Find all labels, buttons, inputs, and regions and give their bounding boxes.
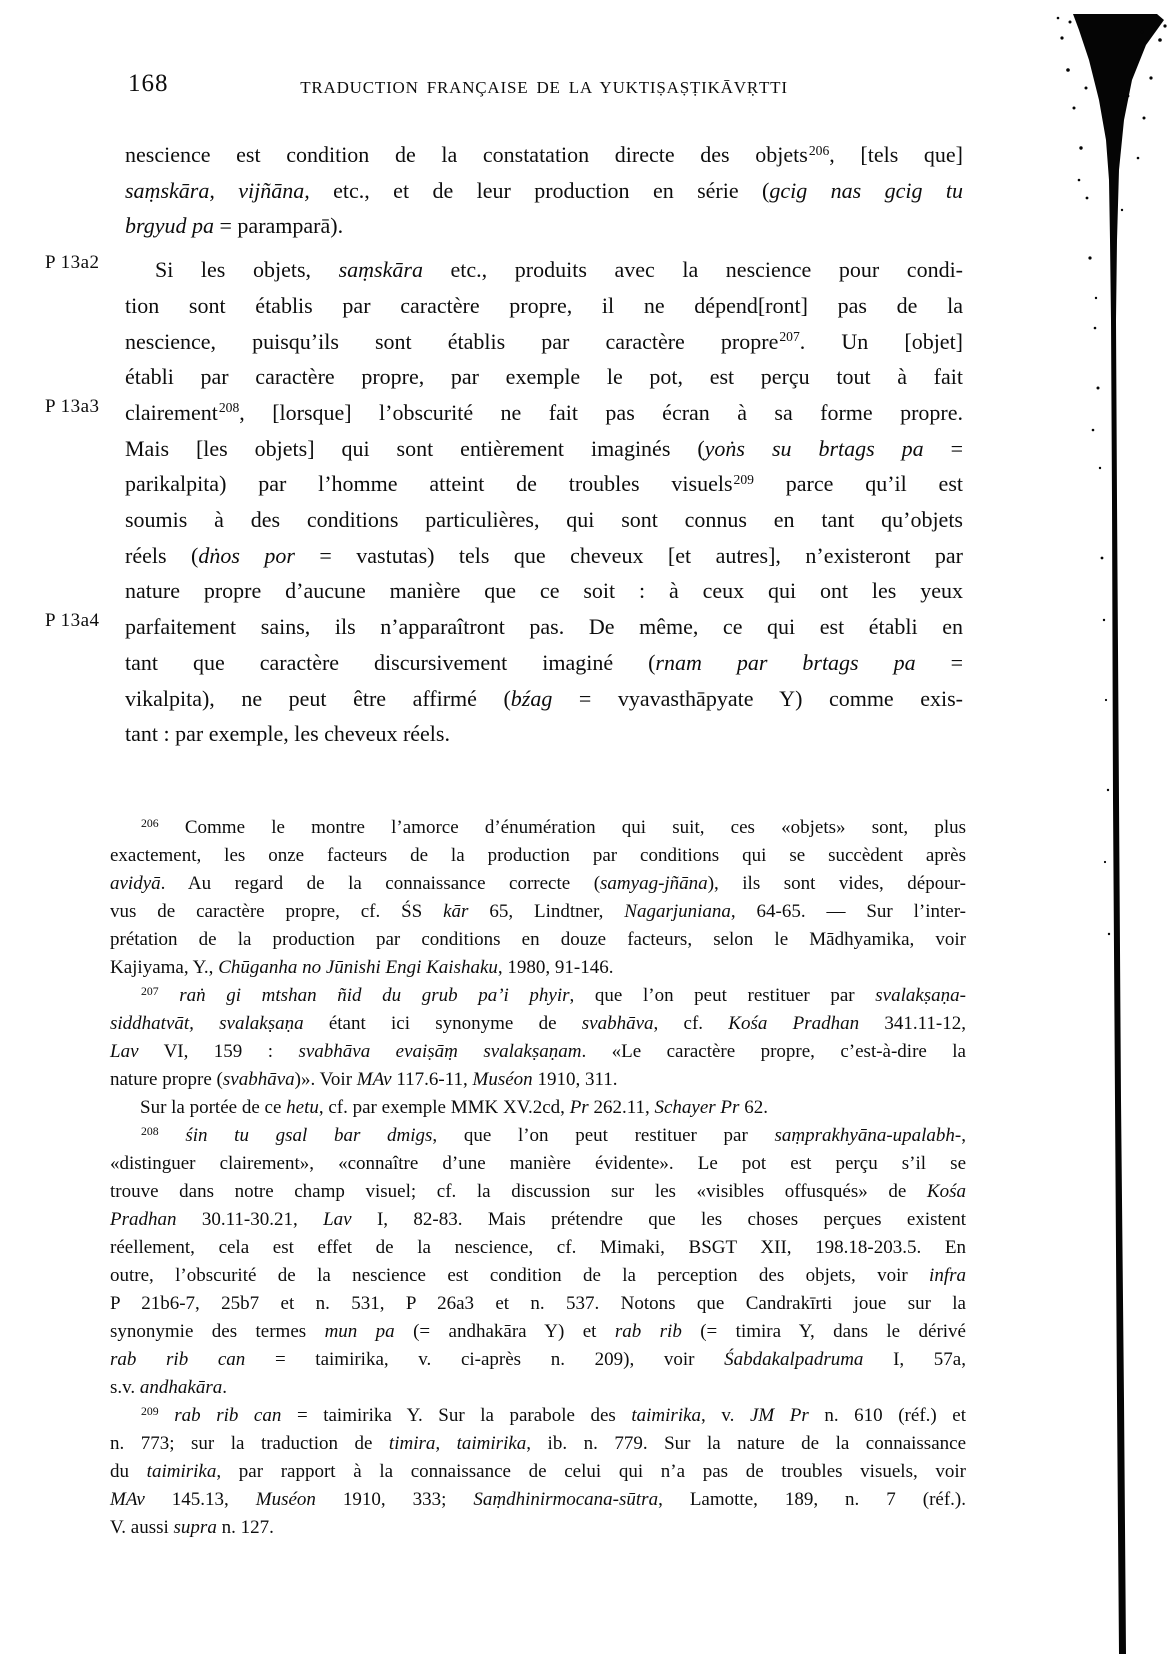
text-line: Si les objets, saṃskāra etc., produits a…	[125, 252, 963, 288]
text-segment: saṃskāra, vijñāna,	[125, 178, 310, 203]
text-segment: réels (	[125, 543, 198, 568]
text-segment: Sur la portée de ce	[140, 1097, 286, 1118]
scanned-page: 168 TRADUCTION FRANÇAISE DE LA YUKTIṢAṢṬ…	[0, 0, 1170, 1654]
footnote-ref: 206	[809, 143, 829, 158]
text-segment: rab rib can	[110, 1349, 245, 1370]
text-segment: Chūganha no Jūnishi Engi Kaishaku	[218, 957, 498, 978]
text-segment: )». Voir	[295, 1069, 357, 1090]
margin-folio-note: P 13a4	[45, 610, 100, 632]
text-line: P 21b6-7, 25b7 et n. 531, P 26a3 et n. 5…	[110, 1290, 966, 1318]
text-segment: établi par caractère propre, par exemple…	[125, 364, 963, 389]
text-segment: Lav	[323, 1209, 352, 1230]
text-segment: n. 773; sur la traduction de	[110, 1433, 389, 1454]
footnote-ref: 207	[779, 329, 799, 344]
text-segment	[159, 985, 180, 1006]
text-segment: nescience, puisqu’ils sont établis par c…	[125, 329, 778, 354]
text-segment: étant ici synonyme de	[304, 1013, 582, 1034]
text-segment: saṃprakhyāna-upalabh-	[774, 1125, 961, 1146]
text-segment: = vyavasthāpyate Y) comme exis-	[552, 686, 963, 711]
text-segment: , 64-65. — Sur l’inter-	[731, 901, 966, 922]
scan-artifact-right-edge	[1030, 0, 1170, 1654]
margin-folio-note: P 13a2	[45, 252, 100, 274]
text-line: tion sont établis par caractère propre, …	[125, 288, 963, 324]
text-segment: , par rapport à la connaissance de celui…	[216, 1461, 966, 1482]
text-segment: ), ils sont vides, dépour-	[708, 873, 966, 894]
text-segment: hetu	[286, 1097, 319, 1118]
text-segment: I, 82-83. Mais prétendre que les choses …	[352, 1209, 966, 1230]
text-segment: V. aussi	[110, 1517, 174, 1538]
text-line: exactement, les onze facteurs de la prod…	[110, 842, 966, 870]
text-segment: = taimirika Y. Sur la parabole des	[281, 1405, 631, 1426]
text-segment: , [lorsque] l’obscurité ne fait pas écra…	[239, 400, 963, 425]
text-segment: rnam par brtags pa	[655, 650, 915, 675]
text-line: Pradhan 30.11-30.21, Lav I, 82-83. Mais …	[110, 1206, 966, 1234]
text-segment: Kajiyama, Y.,	[110, 957, 218, 978]
text-segment: vikalpita), ne peut être affirmé (	[125, 686, 511, 711]
text-segment: Kośa Pradhan	[728, 1013, 859, 1034]
text-segment	[159, 1405, 175, 1426]
text-line: du taimirika, par rapport à la connaissa…	[110, 1458, 966, 1486]
text-segment: Si les objets,	[155, 257, 339, 282]
text-segment: etc., produits avec la nescience pour co…	[423, 257, 963, 282]
text-segment: , cf.	[654, 1013, 729, 1034]
text-segment: 1910, 333;	[316, 1489, 473, 1510]
text-segment: = paramparā).	[214, 213, 343, 238]
text-segment: tant : par exemple, les cheveux réels.	[125, 721, 450, 746]
text-segment: =	[924, 436, 963, 461]
text-segment: . Au regard de la connaissance correcte …	[161, 873, 600, 894]
text-line: siddhatvāt, svalakṣaṇa étant ici synonym…	[110, 1010, 966, 1038]
text-segment: rab rib	[615, 1321, 682, 1342]
text-segment: etc., et de leur production en série (	[310, 178, 770, 203]
text-segment: Pradhan	[110, 1209, 177, 1230]
text-segment: , v.	[701, 1405, 750, 1426]
text-segment: 145.13,	[145, 1489, 256, 1510]
text-segment: =	[916, 650, 963, 675]
text-line: Sur la portée de ce hetu, cf. par exempl…	[110, 1094, 966, 1122]
text-line: rab rib can = taimirika, v. ci-après n. …	[110, 1346, 966, 1374]
text-line: 206 Comme le montre l’amorce d’énumérati…	[110, 814, 966, 842]
text-segment: Śabdakalpadruma	[724, 1349, 863, 1370]
text-segment: JM Pr	[750, 1405, 809, 1426]
text-line: synonymie des termes mun pa (= andhakāra…	[110, 1318, 966, 1346]
text-segment: n. 610 (réf.) et	[809, 1405, 966, 1426]
text-segment: Schayer Pr	[654, 1097, 739, 1118]
text-segment: taimirika	[147, 1461, 217, 1482]
text-segment: 30.11-30.21,	[177, 1209, 324, 1230]
text-segment	[159, 1125, 186, 1146]
text-line: 207 raṅ gi mtshan ñid du grub pa’i phyir…	[110, 982, 966, 1010]
text-segment: Kośa	[927, 1181, 966, 1202]
text-segment: 1910, 311.	[533, 1069, 618, 1090]
text-line: soumis à des conditions particulières, q…	[125, 502, 963, 538]
text-segment: s.v.	[110, 1377, 140, 1398]
text-segment: prétation de la production par condition…	[110, 929, 966, 950]
text-segment: parfaitement sains, ils n’apparaîtront p…	[125, 614, 963, 639]
footnote-ref: 206	[141, 817, 159, 830]
text-segment: 62.	[739, 1097, 768, 1118]
text-segment: svabhāva	[582, 1013, 654, 1034]
text-segment: (= timira Y, dans le dérivé	[682, 1321, 966, 1342]
text-segment: rab rib can	[174, 1405, 281, 1426]
text-segment: clairement	[125, 400, 218, 425]
text-line: V. aussi supra n. 127.	[110, 1514, 966, 1542]
text-line: Kajiyama, Y., Chūganha no Jūnishi Engi K…	[110, 954, 966, 982]
text-segment: parikalpita) par l’homme atteint de trou…	[125, 471, 733, 496]
text-line: nature propre d’aucune manière que ce so…	[125, 573, 963, 609]
text-segment: svalakṣaṇa-	[875, 985, 966, 1006]
text-line: n. 773; sur la traduction de timira, tai…	[110, 1430, 966, 1458]
text-segment: samyag-jñāna	[600, 873, 708, 894]
margin-folio-note: P 13a3	[45, 396, 100, 418]
text-segment: mun pa	[325, 1321, 395, 1342]
text-segment: réellement, cela est effet de la nescien…	[110, 1237, 966, 1258]
text-line: tant que caractère discursivement imagin…	[125, 645, 963, 681]
text-segment: du	[110, 1461, 147, 1482]
text-segment: 341.11-12,	[859, 1013, 966, 1034]
text-line: «distinguer clairement», «connaître d’un…	[110, 1150, 966, 1178]
text-line: nescience, puisqu’ils sont établis par c…	[125, 324, 963, 360]
text-segment: 117.6-11,	[392, 1069, 473, 1090]
text-line: Mais [les objets] qui sont entièrement i…	[125, 431, 963, 467]
text-segment: supra	[174, 1517, 217, 1538]
text-line: vus de caractère propre, cf. ŚS kār 65, …	[110, 898, 966, 926]
text-line: établi par caractère propre, par exemple…	[125, 359, 963, 395]
text-segment: .	[222, 1377, 227, 1398]
footnotes-block: 206 Comme le montre l’amorce d’énumérati…	[110, 814, 966, 1542]
running-title: TRADUCTION FRANÇAISE DE LA YUKTIṢAṢṬIKĀV…	[125, 78, 963, 98]
text-line: brgyud pa = paramparā).	[125, 208, 963, 244]
text-segment: nescience est condition de la constatati…	[125, 142, 808, 167]
text-segment: Muséon	[473, 1069, 533, 1090]
text-segment: 65, Lindtner,	[468, 901, 624, 922]
text-line: tant : par exemple, les cheveux réels.	[125, 716, 963, 752]
text-segment: śin tu gsal bar dmigs	[185, 1125, 432, 1146]
text-segment: svabhāva	[223, 1069, 295, 1090]
text-line: avidyā. Au regard de la connaissance cor…	[110, 870, 966, 898]
text-segment: soumis à des conditions particulières, q…	[125, 507, 963, 532]
text-segment: nature propre d’aucune manière que ce so…	[125, 578, 963, 603]
text-segment: 262.11,	[589, 1097, 655, 1118]
text-segment: «distinguer clairement», «connaître d’un…	[110, 1153, 966, 1174]
text-segment: Lav	[110, 1041, 139, 1062]
text-segment: Comme le montre l’amorce d’énumération q…	[159, 817, 966, 838]
text-line: clairement208, [lorsque] l’obscurité ne …	[125, 395, 963, 431]
text-segment: I, 57a,	[863, 1349, 966, 1370]
text-line: réels (dṅos por = vastutas) tels que che…	[125, 538, 963, 574]
text-segment: , Lamotte, 189, n. 7 (réf.).	[658, 1489, 966, 1510]
text-line: réellement, cela est effet de la nescien…	[110, 1234, 966, 1262]
text-segment: timira, taimirika	[389, 1433, 526, 1454]
text-segment: trouve dans notre champ visuel; cf. la d…	[110, 1181, 927, 1202]
text-line: outre, l’obscurité de la nescience est c…	[110, 1262, 966, 1290]
footnote-ref: 209	[141, 1405, 159, 1418]
text-line: MAv 145.13, Muséon 1910, 333; Saṃdhinirm…	[110, 1486, 966, 1514]
footnote-ref: 209	[734, 472, 754, 487]
text-segment: Pr	[570, 1097, 589, 1118]
footnote-ref: 207	[141, 985, 159, 998]
text-segment: siddhatvāt, svalakṣaṇa	[110, 1013, 304, 1034]
text-segment: . Un [objet]	[800, 329, 963, 354]
text-segment: . «Le caractère propre, c’est-à-dire la	[581, 1041, 966, 1062]
text-segment: dṅos por	[198, 543, 295, 568]
text-segment: raṅ gi mtshan ñid du grub pa’i phyir	[179, 985, 569, 1006]
text-segment: bźag	[511, 686, 553, 711]
text-segment: vus de caractère propre, cf. ŚS	[110, 901, 443, 922]
text-segment: Mais [les objets] qui sont entièrement i…	[125, 436, 705, 461]
text-segment: , que l’on peut restituer par	[570, 985, 876, 1006]
text-segment: VI, 159 :	[139, 1041, 299, 1062]
text-segment: kār	[443, 901, 468, 922]
text-line: 208 śin tu gsal bar dmigs, que l’on peut…	[110, 1122, 966, 1150]
text-line: nature propre (svabhāva)». Voir MAv 117.…	[110, 1066, 966, 1094]
text-line: prétation de la production par condition…	[110, 926, 966, 954]
text-segment: exactement, les onze facteurs de la prod…	[110, 845, 966, 866]
text-line: parikalpita) par l’homme atteint de trou…	[125, 466, 963, 502]
main-text-block: nescience est condition de la constatati…	[125, 137, 963, 752]
text-segment: , [tels que]	[829, 142, 963, 167]
text-segment: Muséon	[256, 1489, 316, 1510]
text-segment: andhakāra	[140, 1377, 222, 1398]
text-segment: P 21b6-7, 25b7 et n. 531, P 26a3 et n. 5…	[110, 1293, 966, 1314]
text-segment: tion sont établis par caractère propre, …	[125, 293, 963, 318]
text-segment: parce qu’il est	[754, 471, 963, 496]
text-line: nescience est condition de la constatati…	[125, 137, 963, 173]
text-segment: synonymie des termes	[110, 1321, 325, 1342]
text-line: parfaitement sains, ils n’apparaîtront p…	[125, 609, 963, 645]
text-segment: MAv	[110, 1489, 145, 1510]
text-segment: saṃskāra	[339, 257, 423, 282]
text-segment: = vastutas) tels que cheveux [et autres]…	[295, 543, 963, 568]
text-segment: Nagarjuniana	[624, 901, 731, 922]
footnote-ref: 208	[141, 1125, 159, 1138]
text-segment: infra	[929, 1265, 966, 1286]
text-segment: avidyā	[110, 873, 161, 894]
text-segment: brgyud pa	[125, 213, 214, 238]
text-segment: taimirika	[631, 1405, 701, 1426]
text-segment: (= andhakāra Y) et	[395, 1321, 615, 1342]
text-line: trouve dans notre champ visuel; cf. la d…	[110, 1178, 966, 1206]
text-segment: Saṃdhinirmocana-sūtra	[473, 1489, 658, 1510]
text-segment: MAv	[357, 1069, 392, 1090]
text-segment: n. 127.	[217, 1517, 274, 1538]
text-segment: , ib. n. 779. Sur la nature de la connai…	[526, 1433, 966, 1454]
text-line: s.v. andhakāra.	[110, 1374, 966, 1402]
text-segment: = taimirika, v. ci-après n. 209), voir	[245, 1349, 724, 1370]
text-segment: nature propre (	[110, 1069, 223, 1090]
text-segment: ,	[961, 1125, 966, 1146]
text-segment: yoṅs su brtags pa	[705, 436, 924, 461]
text-segment: , que l’on peut restituer par	[432, 1125, 774, 1146]
text-segment: gcig nas gcig tu	[769, 178, 963, 203]
text-segment: svabhāva evaiṣāṃ svalakṣaṇam	[298, 1041, 581, 1062]
footnote-ref: 208	[219, 400, 239, 415]
text-segment: , 1980, 91-146.	[498, 957, 614, 978]
text-segment: outre, l’obscurité de la nescience est c…	[110, 1265, 929, 1286]
text-segment: , cf. par exemple MMK XV.2cd,	[319, 1097, 570, 1118]
text-line: saṃskāra, vijñāna, etc., et de leur prod…	[125, 173, 963, 209]
text-line: Lav VI, 159 : svabhāva evaiṣāṃ svalakṣaṇ…	[110, 1038, 966, 1066]
text-segment: tant que caractère discursivement imagin…	[125, 650, 655, 675]
text-line: 209 rab rib can = taimirika Y. Sur la pa…	[110, 1402, 966, 1430]
text-line: vikalpita), ne peut être affirmé (bźag =…	[125, 681, 963, 717]
